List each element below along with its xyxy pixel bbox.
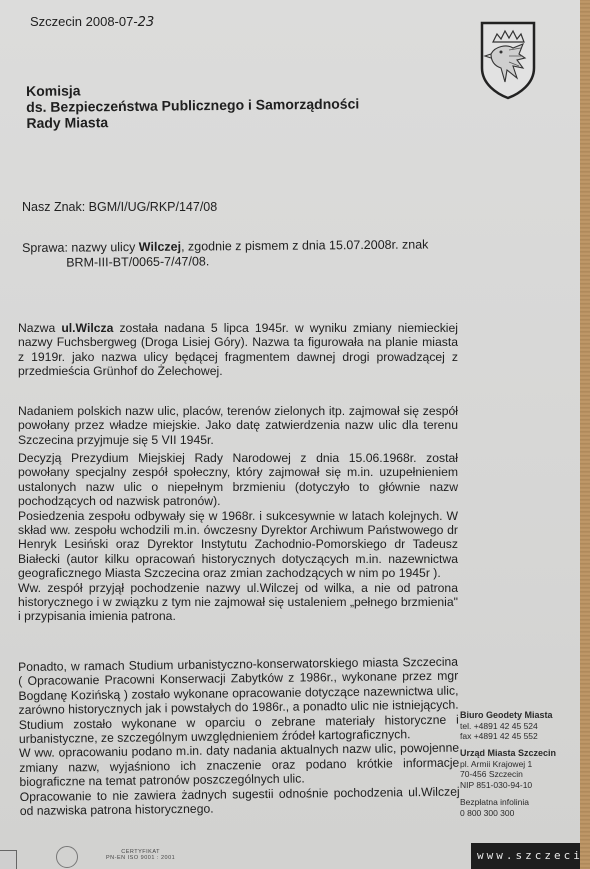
hotline-number: 0 800 300 300 [460,808,529,819]
eagle-emblem-icon [0,850,17,869]
subject-reference: BRM-III-BT/0065-7/47/08. [22,252,428,271]
office-street: pl. Armii Krajowej 1 [460,759,556,770]
city-hall-address: Urząd Miasta Szczecin pl. Armii Krajowej… [460,748,556,790]
recipient-line: Rady Miasta [26,112,359,131]
paragraph-origin: Nazwa ul.Wilcza została nadana 5 lipca 1… [18,321,458,379]
paragraph-study: Ponadto, w ramach Studium urbanistyczno-… [18,655,460,819]
website-banner: www.szczecin. [471,843,582,869]
subject-prefix: Sprawa: nazwy ulicy [22,240,139,255]
para-text: Decyzją Prezydium Miejskiej Rady Narodow… [18,451,458,509]
para-text: W ww. opracowaniu podano m.in. daty nada… [19,741,459,790]
office-geodesy-contact: Biuro Geodety Miasta tel. +4891 42 45 52… [460,710,553,742]
recipient-block: Komisja ds. Bezpieczeństwa Publicznego i… [26,80,359,131]
hotline-label: Bezpłatna infolinia [460,797,529,808]
subject-line: Sprawa: nazwy ulicy Wilczej, zgodnie z p… [22,237,429,271]
place-and-date: Szczecin 2008-07-23 [30,14,154,30]
para-bold: ul.Wilcza [61,321,113,335]
paragraph-1968-decision: Decyzją Prezydium Miejskiej Rady Narodow… [18,451,458,624]
reference-number: Nasz Znak: BGM/I/UG/RKP/147/08 [22,200,217,214]
office-name: Urząd Miasta Szczecin [460,748,556,759]
cert-standard: PN-EN ISO 9001 : 2001 [106,855,175,861]
para-text: Nazwa [18,321,61,335]
para-text: Posiedzenia zespołu odbywały się w 1968r… [18,509,458,581]
szczecin-crest-icon [479,20,537,100]
printed-date: Szczecin 2008-07- [30,14,138,29]
wooden-surface-edge [580,0,590,869]
subject-suffix: , zgodnie z pismem z dnia 15.07.2008r. z… [181,237,428,253]
handwritten-day: 23 [138,15,155,30]
para-text: Nadaniem polskich nazw ulic, placów, ter… [18,404,458,447]
subject-street-name: Wilczej [139,240,181,254]
hotline-info: Bezpłatna infolinia 0 800 300 300 [460,797,529,818]
office-name: Biuro Geodety Miasta [460,710,553,721]
certification-seal-icon [56,846,78,868]
iso-certificate: CERTYFIKAT PN-EN ISO 9001 : 2001 [106,849,175,861]
letter-page: Szczecin 2008-07-23 Komisja ds. Bezpiecz… [0,0,582,869]
para-text: Ponadto, w ramach Studium urbanistyczno-… [18,655,459,747]
paragraph-naming-team: Nadaniem polskich nazw ulic, placów, ter… [18,404,458,447]
office-city: 70-456 Szczecin [460,769,556,780]
office-fax: fax +4891 42 45 552 [460,731,553,742]
para-text: Ww. zespół przyjął pochodzenie nazwy ul.… [18,581,458,624]
office-phone: tel. +4891 42 45 524 [460,721,553,732]
office-nip: NIP 851-030-94-10 [460,780,556,791]
para-text: Opracowanie to nie zawiera żadnych suges… [20,784,460,818]
